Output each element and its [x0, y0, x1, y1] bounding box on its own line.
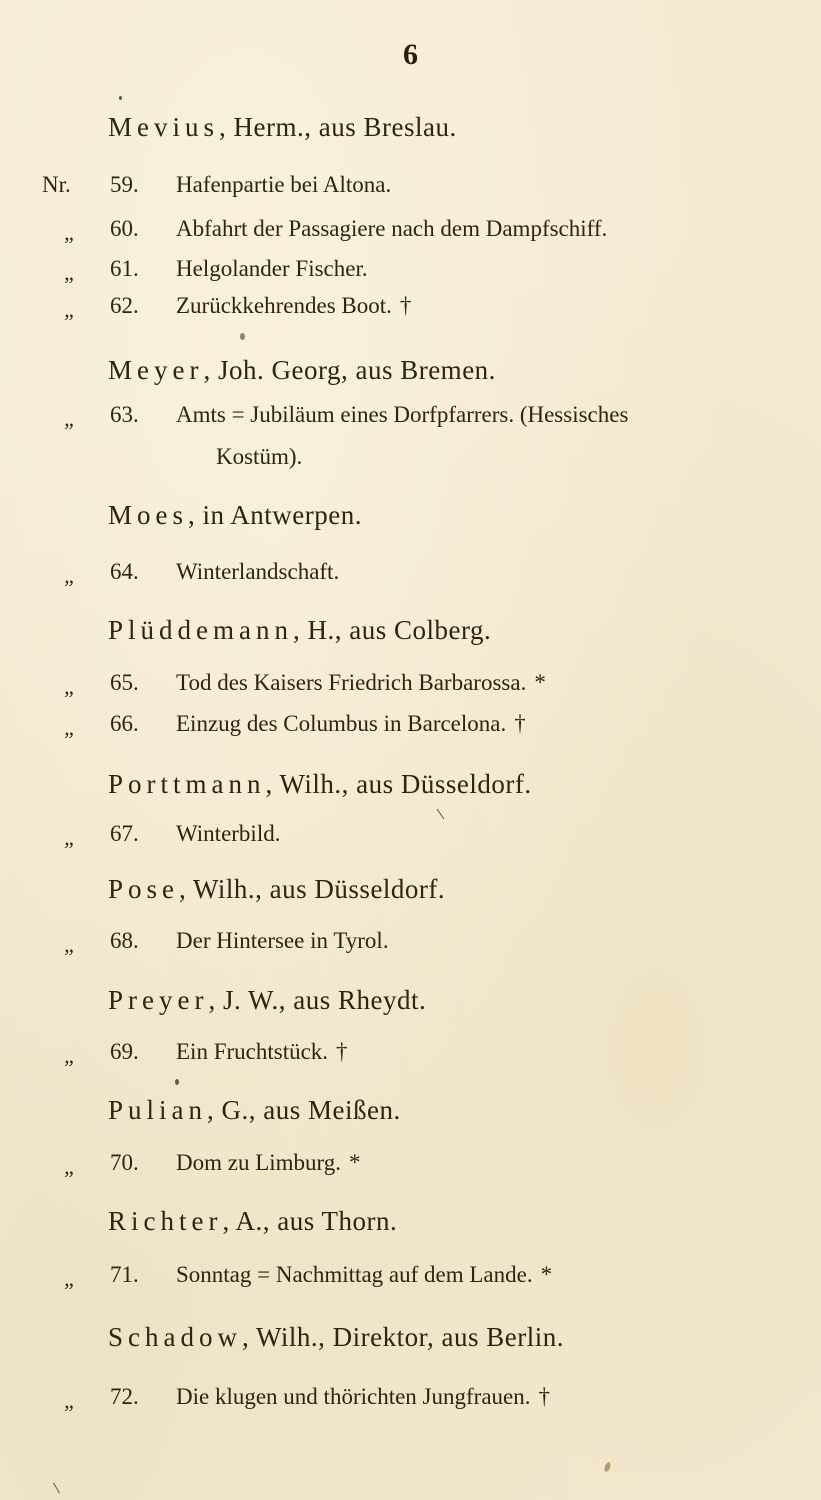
artist-heading: Pose, Wilh., aus Düsseldorf. — [108, 874, 445, 905]
artist-details: , A., aus Thorn. — [222, 1206, 397, 1236]
paper-speck — [175, 1079, 179, 1085]
entry-number: 70. — [110, 1150, 139, 1176]
entry-title: Einzug des Columbus in Barcelona.† — [176, 711, 526, 737]
entry-title: Amts = Jubiläum eines Dorfpfarrers. (Hes… — [176, 402, 636, 428]
entry-mark: † — [336, 1039, 348, 1064]
artist-surname: Pose — [108, 874, 179, 904]
entry-title-text: Zurückkehrendes Boot. — [176, 293, 392, 318]
entry-number: 67. — [110, 821, 139, 847]
ditto-mark: „ — [64, 1154, 76, 1180]
artist-heading: Mevius, Herm., aus Breslau. — [108, 112, 457, 143]
entry-number: 61. — [110, 256, 139, 282]
ditto-mark: „ — [64, 406, 76, 432]
artist-surname: Moes — [108, 500, 188, 530]
entry-title: Winterlandschaft. — [176, 559, 347, 585]
artist-details: , Wilh., aus Düsseldorf. — [179, 874, 445, 904]
entry-number: 71. — [110, 1262, 139, 1288]
artist-heading: Pulian, G., aus Meißen. — [108, 1095, 401, 1126]
artist-details: , H., aus Colberg. — [293, 615, 491, 645]
ditto-mark: „ — [64, 1266, 76, 1292]
entry-number: 60. — [110, 216, 139, 242]
entry-title: Sonntag = Nachmittag auf dem Lande.* — [176, 1262, 552, 1288]
ditto-mark: „ — [64, 563, 76, 589]
catalog-page: 6 Mevius, Herm., aus Breslau. Nr. 59. Ha… — [0, 0, 821, 1500]
ditto-mark: „ — [64, 825, 76, 851]
artist-heading: Preyer, J. W., aus Rheydt. — [108, 985, 426, 1016]
entry-title: Zurückkehrendes Boot.† — [176, 293, 411, 319]
artist-details: , J. W., aus Rheydt. — [208, 985, 426, 1015]
ditto-mark: „ — [64, 1388, 76, 1414]
entry-title: Die klugen und thörichten Jungfrauen.† — [176, 1384, 550, 1410]
entry-title: Helgolander Fischer. — [176, 256, 376, 282]
entry-number: 72. — [110, 1384, 139, 1410]
entry-mark: * — [349, 1150, 361, 1175]
artist-details: , Wilh., aus Düsseldorf. — [266, 769, 532, 799]
entry-number: 62. — [110, 293, 139, 319]
entry-number: 69. — [110, 1039, 139, 1065]
entry-title-text: Amts = Jubiläum eines Dorfpfarrers. (Hes… — [176, 402, 628, 427]
entry-title-text: Tod des Kaisers Friedrich Barbarossa. — [176, 670, 526, 695]
entry-title-text: Helgolander Fischer. — [176, 256, 368, 281]
artist-surname: Preyer — [108, 985, 208, 1015]
ditto-mark: „ — [64, 674, 76, 700]
paper-mark — [53, 1483, 60, 1494]
paper-stain — [603, 1461, 611, 1472]
entry-title-text: Dom zu Limburg. — [176, 1150, 341, 1175]
entry-title: Der Hintersee in Tyrol. — [176, 928, 397, 954]
artist-heading: Plüddemann, H., aus Colberg. — [108, 615, 491, 646]
entry-title-continuation: Kostüm). — [216, 444, 302, 470]
entry-title: Tod des Kaisers Friedrich Barbarossa.* — [176, 670, 546, 696]
ditto-mark: „ — [64, 297, 76, 323]
ditto-mark: „ — [64, 220, 76, 246]
entry-number: 65. — [110, 670, 139, 696]
artist-heading: Richter, A., aus Thorn. — [108, 1206, 397, 1237]
entry-title: Winterbild. — [176, 821, 288, 847]
entry-title-text: Die klugen und thörichten Jungfrauen. — [176, 1384, 531, 1409]
entry-title-text: Der Hintersee in Tyrol. — [176, 928, 389, 953]
entry-mark: † — [514, 711, 526, 736]
entry-title-text: Abfahrt der Passagiere nach dem Dampfsch… — [176, 216, 607, 241]
entry-mark: * — [534, 670, 546, 695]
artist-surname: Schadow — [108, 1322, 242, 1352]
entry-number: 64. — [110, 559, 139, 585]
paper-mark — [437, 809, 445, 819]
entry-number: 59. — [110, 172, 139, 198]
paper-speck — [119, 96, 122, 100]
artist-heading: Meyer, Joh. Georg, aus Bremen. — [108, 355, 496, 386]
ditto-mark: „ — [64, 1043, 76, 1069]
ditto-mark: „ — [64, 715, 76, 741]
ditto-mark: „ — [64, 932, 76, 958]
entry-number: 66. — [110, 711, 139, 737]
paper-speck — [240, 333, 245, 340]
artist-surname: Richter — [108, 1206, 222, 1236]
artist-surname: Porttmann — [108, 769, 266, 799]
artist-heading: Moes, in Antwerpen. — [108, 500, 362, 531]
artist-surname: Pulian — [108, 1095, 207, 1125]
entry-title: Ein Fruchtstück.† — [176, 1039, 348, 1065]
artist-heading: Schadow, Wilh., Direktor, aus Berlin. — [108, 1322, 564, 1353]
entry-title: Dom zu Limburg.* — [176, 1150, 361, 1176]
entry-title-text: Sonntag = Nachmittag auf dem Lande. — [176, 1262, 533, 1287]
entry-prefix: Nr. — [42, 172, 71, 198]
entry-title-text: Ein Fruchtstück. — [176, 1039, 328, 1064]
entry-mark: * — [541, 1262, 553, 1287]
entry-number: 63. — [110, 402, 139, 428]
page-number: 6 — [0, 38, 821, 72]
entry-mark: † — [400, 293, 412, 318]
entry-title-text: Hafenpartie bei Altona. — [176, 172, 391, 197]
entry-number: 68. — [110, 928, 139, 954]
entry-title: Abfahrt der Passagiere nach dem Dampfsch… — [176, 216, 615, 242]
artist-details: , in Antwerpen. — [188, 500, 362, 530]
artist-details: , Herm., aus Breslau. — [219, 112, 457, 142]
artist-surname: Mevius — [108, 112, 219, 142]
entry-title-text: Einzug des Columbus in Barcelona. — [176, 711, 506, 736]
artist-details: , Joh. Georg, aus Bremen. — [203, 355, 495, 385]
artist-surname: Plüddemann — [108, 615, 293, 645]
artist-details: , G., aus Meißen. — [207, 1095, 401, 1125]
entry-mark: † — [539, 1384, 551, 1409]
ditto-mark: „ — [64, 260, 76, 286]
artist-surname: Meyer — [108, 355, 203, 385]
entry-title: Hafenpartie bei Altona. — [176, 172, 399, 198]
entry-title-text: Winterbild. — [176, 821, 280, 846]
artist-heading: Porttmann, Wilh., aus Düsseldorf. — [108, 769, 532, 800]
artist-details: , Wilh., Direktor, aus Berlin. — [242, 1322, 564, 1352]
entry-title-text: Winterlandschaft. — [176, 559, 339, 584]
